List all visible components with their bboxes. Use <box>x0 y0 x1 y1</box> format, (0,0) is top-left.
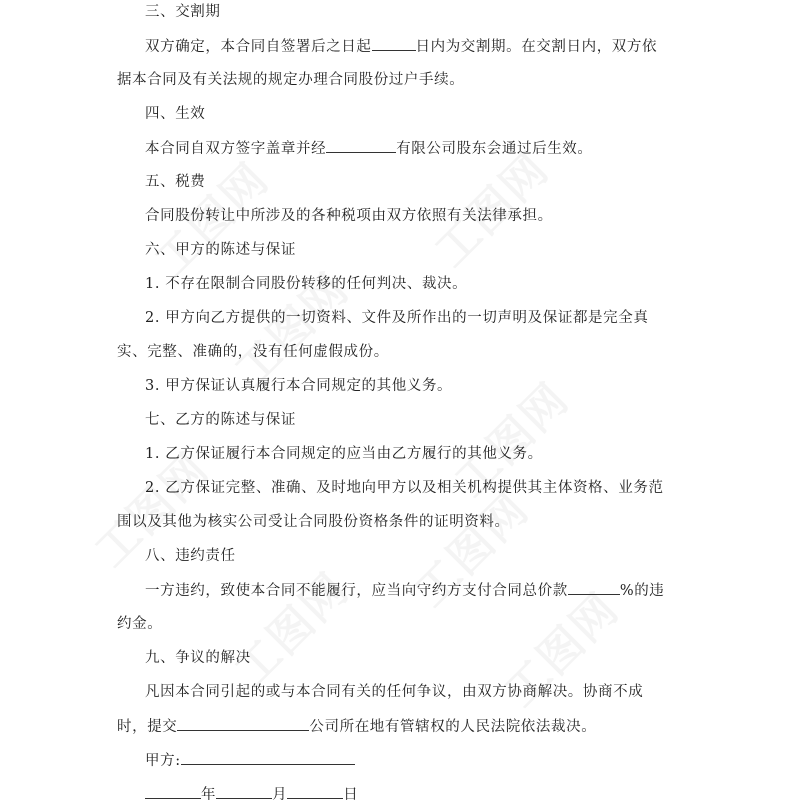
list-item-party-b-2-line1: 2. 乙方保证完整、准确、及时地向甲方以及相关机构提供其主体资格、业务范 <box>145 478 664 498</box>
document-page: 工图网工图网工图网工图网工图网工图网工图网工图网 三、交割期 双方确定，本合同自… <box>0 0 800 800</box>
text: 本合同自双方签字盖章并经 <box>145 141 326 157</box>
section-heading-effect: 四、生效 <box>145 104 205 124</box>
list-item-party-a-3: 3. 甲方保证认真履行本合同规定的其他义务。 <box>145 376 452 396</box>
label: 甲方: <box>145 753 181 769</box>
fill-blank-month[interactable] <box>216 784 272 799</box>
section-heading-breach: 八、违约责任 <box>145 546 236 566</box>
heading-text: 六、甲方的陈述与保证 <box>145 242 296 258</box>
section-heading-delivery: 三、交割期 <box>145 2 221 22</box>
signature-date: 年月日 <box>145 784 358 800</box>
paragraph-dispute-line2: 时，提交公司所在地有管辖权的人民法院依法裁决。 <box>117 716 596 737</box>
text: 围以及其他为核实公司受让合同股份资格条件的证明资料。 <box>117 514 510 530</box>
signature-party-a: 甲方: <box>145 750 355 771</box>
section-heading-party-b-warranty: 七、乙方的陈述与保证 <box>145 410 296 430</box>
text: 凡因本合同引起的或与本合同有关的任何争议，由双方协商解决。协商不成 <box>145 684 643 700</box>
fill-blank-year[interactable] <box>145 784 201 799</box>
label: 月 <box>272 787 287 800</box>
list-item-party-b-2-line2: 围以及其他为核实公司受让合同股份资格条件的证明资料。 <box>117 512 510 532</box>
text: 日内为交割期。在交割日内，双方依 <box>416 39 658 55</box>
list-item-party-a-2-line1: 2. 甲方向乙方提供的一切资料、文件及所作出的一切声明及保证都是完全真 <box>145 308 648 328</box>
label: 日 <box>343 787 358 800</box>
fill-blank-percent[interactable] <box>568 580 620 595</box>
text: %的违 <box>620 583 665 599</box>
text: 一方违约，致使本合同不能履行，应当向守约方支付合同总价款 <box>145 583 568 599</box>
section-heading-taxes: 五、税费 <box>145 172 205 192</box>
text: 2. 乙方保证完整、准确、及时地向甲方以及相关机构提供其主体资格、业务范 <box>145 480 664 496</box>
list-item-party-b-1: 1. 乙方保证履行本合同规定的应当由乙方履行的其他义务。 <box>145 444 543 464</box>
fill-blank-company[interactable] <box>326 138 396 153</box>
text: 双方确定，本合同自签署后之日起 <box>145 39 372 55</box>
text: 时，提交 <box>117 719 177 735</box>
list-item-party-a-2-line2: 实、完整、准确的，没有任何虚假成份。 <box>117 342 389 362</box>
paragraph-breach-line1: 一方违约，致使本合同不能履行，应当向守约方支付合同总价款%的违 <box>145 580 664 601</box>
heading-text: 七、乙方的陈述与保证 <box>145 412 296 428</box>
text: 2. 甲方向乙方提供的一切资料、文件及所作出的一切声明及保证都是完全真 <box>145 310 648 326</box>
fill-blank-day[interactable] <box>287 784 343 799</box>
text: 1. 乙方保证履行本合同规定的应当由乙方履行的其他义务。 <box>145 446 543 462</box>
text: 3. 甲方保证认真履行本合同规定的其他义务。 <box>145 378 452 394</box>
heading-text: 五、税费 <box>145 174 205 190</box>
paragraph-breach-line2: 约金。 <box>117 614 162 634</box>
fill-blank-arbitration-company[interactable] <box>177 716 309 731</box>
text: 1. 不存在限制合同股份转移的任何判决、裁决。 <box>145 276 467 292</box>
paragraph-delivery-line2: 据本合同及有关法规的规定办理合同股份过户手续。 <box>117 70 464 90</box>
fill-blank-party-a-signature[interactable] <box>181 750 355 765</box>
paragraph-taxes: 合同股份转让中所涉及的各种税项由双方依照有关法律承担。 <box>145 206 553 226</box>
text: 据本合同及有关法规的规定办理合同股份过户手续。 <box>117 72 464 88</box>
text: 公司所在地有管辖权的人民法院依法裁决。 <box>309 719 596 735</box>
text: 有限公司股东会通过后生效。 <box>396 141 592 157</box>
section-heading-party-a-warranty: 六、甲方的陈述与保证 <box>145 240 296 260</box>
heading-text: 九、争议的解决 <box>145 650 251 666</box>
watermark-text: 工图网 <box>218 556 361 699</box>
text: 约金。 <box>117 616 162 632</box>
text: 实、完整、准确的，没有任何虚假成份。 <box>117 344 389 360</box>
heading-text: 四、生效 <box>145 106 205 122</box>
heading-text: 八、违约责任 <box>145 548 236 564</box>
heading-text: 三、交割期 <box>145 4 221 20</box>
paragraph-delivery-line1: 双方确定，本合同自签署后之日起日内为交割期。在交割日内，双方依 <box>145 36 657 57</box>
section-heading-dispute: 九、争议的解决 <box>145 648 251 668</box>
text: 合同股份转让中所涉及的各种税项由双方依照有关法律承担。 <box>145 208 553 224</box>
list-item-party-a-1: 1. 不存在限制合同股份转移的任何判决、裁决。 <box>145 274 467 294</box>
paragraph-effect: 本合同自双方签字盖章并经有限公司股东会通过后生效。 <box>145 138 593 159</box>
fill-blank-days[interactable] <box>372 36 416 51</box>
paragraph-dispute-line1: 凡因本合同引起的或与本合同有关的任何争议，由双方协商解决。协商不成 <box>145 682 643 702</box>
label: 年 <box>201 787 216 800</box>
